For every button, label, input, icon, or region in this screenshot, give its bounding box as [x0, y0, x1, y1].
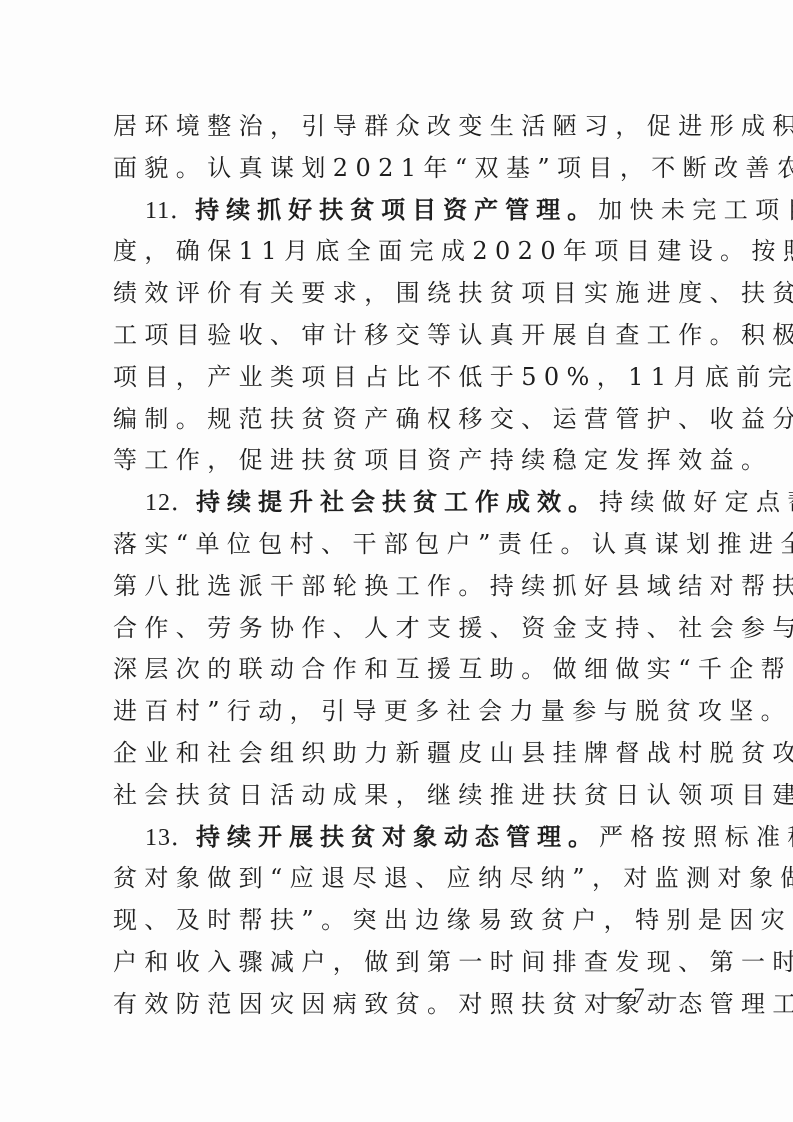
- section-number: 13．: [145, 825, 196, 851]
- paragraph-line: 贫对象做到“应退尽退、应纳尽纳”，对监测对象做到“及时发: [113, 858, 703, 900]
- body-text: 居环境整治，引导群众改变生活陋习，促进形成积极向上的精神 面貌。认真谋划2021…: [113, 106, 703, 1026]
- paragraph-line: 进百村”行动，引导更多社会力量参与脱贫攻坚。继续组织民营: [113, 691, 703, 733]
- paragraph-line: 编制。规范扶贫资产确权移交、运营管护、收益分配、清查处置: [113, 399, 703, 441]
- paragraph-line: 深层次的联动合作和互援互助。做细做实“千企帮千村”“百社: [113, 649, 703, 691]
- section-text: 持续做好定点帮扶，严格: [599, 488, 793, 516]
- section-text: 严格按照标准程序，对扶: [599, 823, 793, 851]
- document-page: 居环境整治，引导群众改变生活陋习，促进形成积极向上的精神 面貌。认真谋划2021…: [0, 0, 793, 1122]
- paragraph-line: 社会扶贫日活动成果，继续推进扶贫日认领项目建设。: [113, 775, 703, 817]
- paragraph-line: 面貌。认真谋划2021年“双基”项目，不断改善农村整体面貌。: [113, 148, 703, 190]
- section-13-first-line: 13．持续开展扶贫对象动态管理。严格按照标准程序，对扶: [113, 817, 703, 859]
- paragraph-line: 户和收入骤减户，做到第一时间排查发现、第一时间跟踪帮扶，: [113, 942, 703, 984]
- paragraph-line: 度，确保11月底全面完成2020年项目建设。按照财政扶贫资金: [113, 231, 703, 273]
- paragraph-line: 企业和社会组织助力新疆皮山县挂牌督战村脱贫攻坚工作。巩固: [113, 733, 703, 775]
- paragraph-line: 第八批选派干部轮换工作。持续抓好县域结对帮扶，着力在产业: [113, 566, 703, 608]
- section-heading: 持续开展扶贫对象动态管理。: [196, 823, 599, 851]
- section-12-first-line: 12．持续提升社会扶贫工作成效。持续做好定点帮扶，严格: [113, 482, 703, 524]
- paragraph-line: 工项目验收、审计移交等认真开展自查工作。积极谋划 2021 年: [113, 315, 703, 357]
- section-text: 加快未完工项目实施进: [598, 196, 793, 224]
- section-heading: 持续抓好扶贫项目资产管理。: [195, 196, 598, 224]
- paragraph-line: 合作、劳务协作、人才支援、资金支持、社会参与等方面开展更: [113, 608, 703, 650]
- section-11-first-line: 11．持续抓好扶贫项目资产管理。加快未完工项目实施进: [113, 190, 703, 232]
- section-number: 12．: [145, 490, 196, 516]
- section-heading: 持续提升社会扶贫工作成效。: [196, 488, 599, 516]
- paragraph-line: 现、及时帮扶”。突出边缘易致贫户，特别是因灾因病支出骤增: [113, 900, 703, 942]
- paragraph-line: 落实“单位包村、干部包户”责任。认真谋划推进全省第七批、: [113, 524, 703, 566]
- paragraph-line: 绩效评价有关要求，围绕扶贫项目实施进度、扶贫资金拨付、竣: [113, 273, 703, 315]
- section-number: 11．: [145, 198, 195, 224]
- paragraph-line: 项目，产业类项目占比不低于50%，11月底前完成年度项目计划: [113, 357, 703, 399]
- page-number: — 7 —: [602, 983, 678, 1009]
- paragraph-line: 居环境整治，引导群众改变生活陋习，促进形成积极向上的精神: [113, 106, 703, 148]
- paragraph-line: 等工作，促进扶贫项目资产持续稳定发挥效益。: [113, 440, 703, 482]
